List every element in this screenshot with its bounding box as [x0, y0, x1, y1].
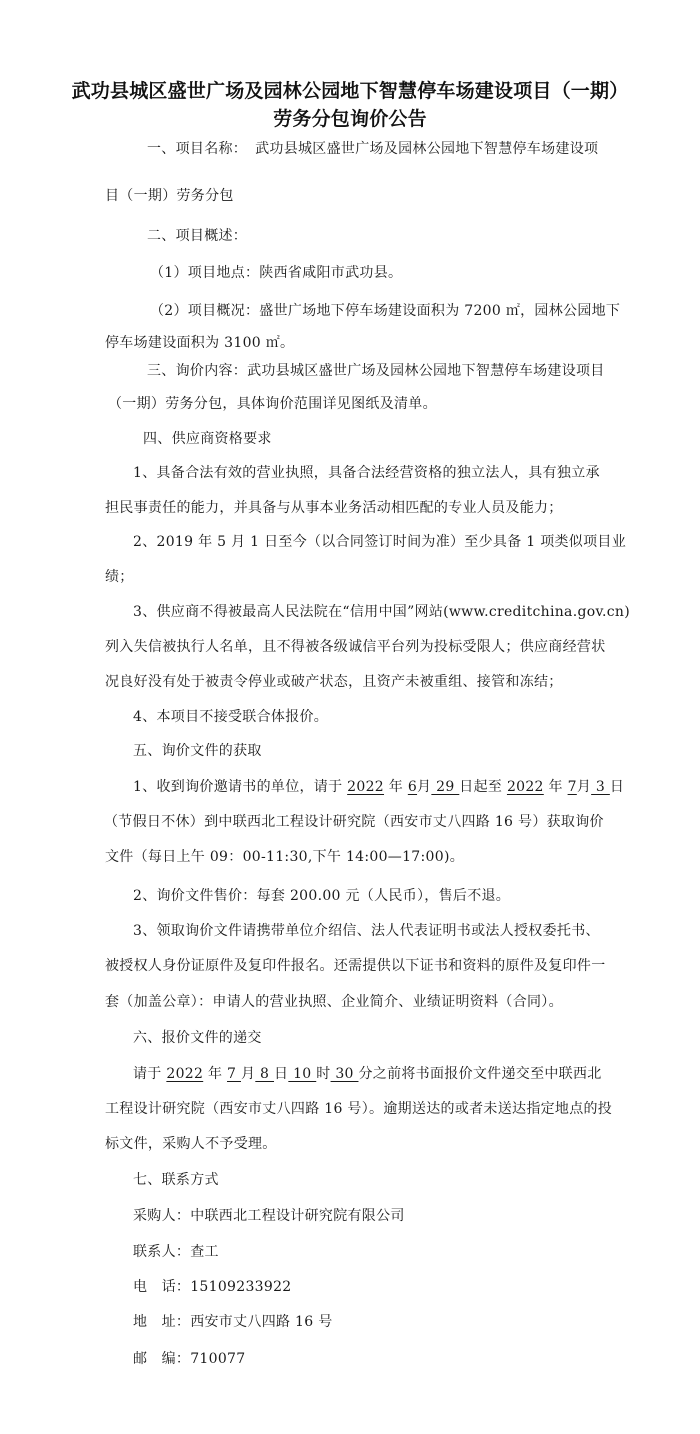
section-6-line-1: 请于 2022 年 7 月 8 日 10 时 30 分之前将书面报价文件递交至中… — [133, 1063, 602, 1083]
address-row: 地 址：西安市丈八四路 16 号 — [133, 1311, 333, 1331]
text: 日 — [610, 779, 624, 795]
section-2-item-1: （1）项目地点：陕西省咸阳市武功县。 — [150, 262, 402, 282]
section-5-heading: 五、询价文件的获取 — [133, 740, 262, 760]
requirement-1-line-1: 1、具备合法有效的营业执照，具备合法经营资格的独立法人，具有独立承 — [133, 462, 600, 482]
deadline-year: 2022 — [166, 1066, 203, 1082]
section-1-line-2: 目（一期）劳务分包 — [105, 185, 234, 205]
section-1-heading: 一、项目名称： — [147, 141, 247, 157]
section-2-item-2-line-2: 停车场建设面积为 3100 ㎡。 — [105, 332, 294, 352]
requirement-3-line-2: 列入失信被执行人名单，且不得被各级诚信平台列为投标受限人；供应商经营状 — [105, 636, 606, 656]
section-6-heading: 六、报价文件的递交 — [133, 1027, 262, 1047]
section-1-line-1: 一、项目名称：武功县城区盛世广场及园林公园地下智慧停车场建设项 — [147, 138, 598, 158]
text: 年 — [203, 1066, 227, 1082]
phone-label: 电 话： — [133, 1279, 190, 1295]
text: 时 — [316, 1066, 330, 1082]
purchaser-row: 采购人：中联西北工程设计研究院有限公司 — [133, 1205, 405, 1225]
end-month: 7 — [568, 779, 577, 795]
section-2-item-2-line-1: （2）项目概况：盛世广场地下停车场建设面积为 7200 ㎡，园林公园地下 — [150, 300, 620, 320]
document-title-line-1: 武功县城区盛世广场及园林公园地下智慧停车场建设项目（一期） — [0, 76, 700, 103]
text: 分之前将书面报价文件递交至中联西北 — [358, 1066, 601, 1082]
phone-value: 15109233922 — [190, 1279, 291, 1295]
requirement-4: 4、本项目不接受联合体报价。 — [133, 706, 328, 726]
requirement-2-line-2: 绩； — [105, 566, 134, 586]
section-7-heading: 七、联系方式 — [133, 1169, 219, 1189]
requirement-3-line-1: 3、供应商不得被最高人民法院在“信用中国”网站(www.creditchina.… — [133, 601, 630, 621]
section-2-heading: 二、项目概述： — [147, 225, 247, 245]
document-title-line-2: 劳务分包询价公告 — [0, 104, 700, 131]
section-5-para-1-line-1: 1、收到询价邀请书的单位，请于 2022 年 6月 29 日起至 2022 年 … — [133, 776, 624, 796]
text: 请于 — [133, 1066, 166, 1082]
document-page: 武功县城区盛世广场及园林公园地下智慧停车场建设项目（一期） 劳务分包询价公告 一… — [0, 0, 700, 1434]
project-name: 武功县城区盛世广场及园林公园地下智慧停车场建设项 — [255, 141, 598, 157]
section-5-para-2: 2、询价文件售价：每套 200.00 元（人民币），售后不退。 — [133, 885, 510, 905]
section-5-para-1-line-2: （节假日不休）到中联西北工程设计研究院（西安市丈八四路 16 号）获取询价 — [104, 811, 604, 831]
start-month: 6 — [408, 779, 417, 795]
text: 1、收到询价邀请书的单位，请于 — [133, 779, 347, 795]
contact-value: 查工 — [190, 1244, 219, 1260]
deadline-month: 7 — [227, 1066, 241, 1082]
postcode-label: 邮 编： — [133, 1351, 190, 1367]
section-5-para-1-line-3: 文件（每日上午 09：00-11:30,下午 14:00—17:00)。 — [105, 846, 464, 866]
section-3-line-1: 三、询价内容：武功县城区盛世广场及园林公园地下智慧停车场建设项目 — [147, 360, 605, 380]
text: 日 — [274, 1066, 288, 1082]
deadline-day: 8 — [255, 1066, 274, 1082]
deadline-minute: 30 — [331, 1066, 359, 1082]
requirement-3-line-3: 况良好没有处于被责令停业或破产状态，且资产未被重组、接管和冻结； — [105, 671, 563, 691]
section-5-para-3-line-2: 被授权人身份证原件及复印件报名。还需提供以下证书和资料的原件及复印件一 — [105, 955, 606, 975]
section-5-para-3-line-1: 3、领取询价文件请携带单位介绍信、法人代表证明书或法人授权委托书、 — [133, 920, 600, 940]
requirement-2-line-1: 2、2019 年 5 月 1 日至今（以合同签订时间为准）至少具备 1 项类似项… — [133, 531, 626, 551]
end-day: 3 — [591, 779, 610, 795]
section-5-para-3-line-3: 套（加盖公章）：申请人的营业执照、企业简介、业绩证明资料（合同）。 — [105, 991, 563, 1011]
section-6-line-3: 标文件，采购人不予受理。 — [105, 1133, 277, 1153]
address-value: 西安市丈八四路 16 号 — [190, 1314, 332, 1330]
text: 日起至 — [459, 779, 507, 795]
address-label: 地 址： — [133, 1314, 190, 1330]
text: 年 — [384, 779, 408, 795]
section-4-heading: 四、供应商资格要求 — [143, 428, 272, 448]
text: 月 — [577, 779, 591, 795]
text: 月 — [417, 779, 431, 795]
start-day: 29 — [431, 779, 459, 795]
contact-row: 联系人：查工 — [133, 1241, 219, 1261]
postcode-row: 邮 编：710077 — [133, 1348, 245, 1368]
contact-label: 联系人： — [133, 1244, 190, 1260]
phone-row: 电 话：15109233922 — [133, 1276, 291, 1296]
requirement-1-line-2: 担民事责任的能力，并具备与从事本业务活动相匹配的专业人员及能力； — [105, 497, 563, 517]
text: 月 — [241, 1066, 255, 1082]
deadline-hour: 10 — [288, 1066, 316, 1082]
text: 年 — [544, 779, 568, 795]
section-3-line-2: （一期）劳务分包，具体询价范围详见图纸及清单。 — [108, 393, 437, 413]
section-6-line-2: 工程设计研究院（西安市丈八四路 16 号）。逾期送达的或者未送达指定地点的投 — [105, 1098, 612, 1118]
start-year: 2022 — [347, 779, 384, 795]
purchaser-value: 中联西北工程设计研究院有限公司 — [190, 1208, 405, 1224]
end-year: 2022 — [507, 779, 544, 795]
purchaser-label: 采购人： — [133, 1208, 190, 1224]
postcode-value: 710077 — [190, 1351, 245, 1367]
